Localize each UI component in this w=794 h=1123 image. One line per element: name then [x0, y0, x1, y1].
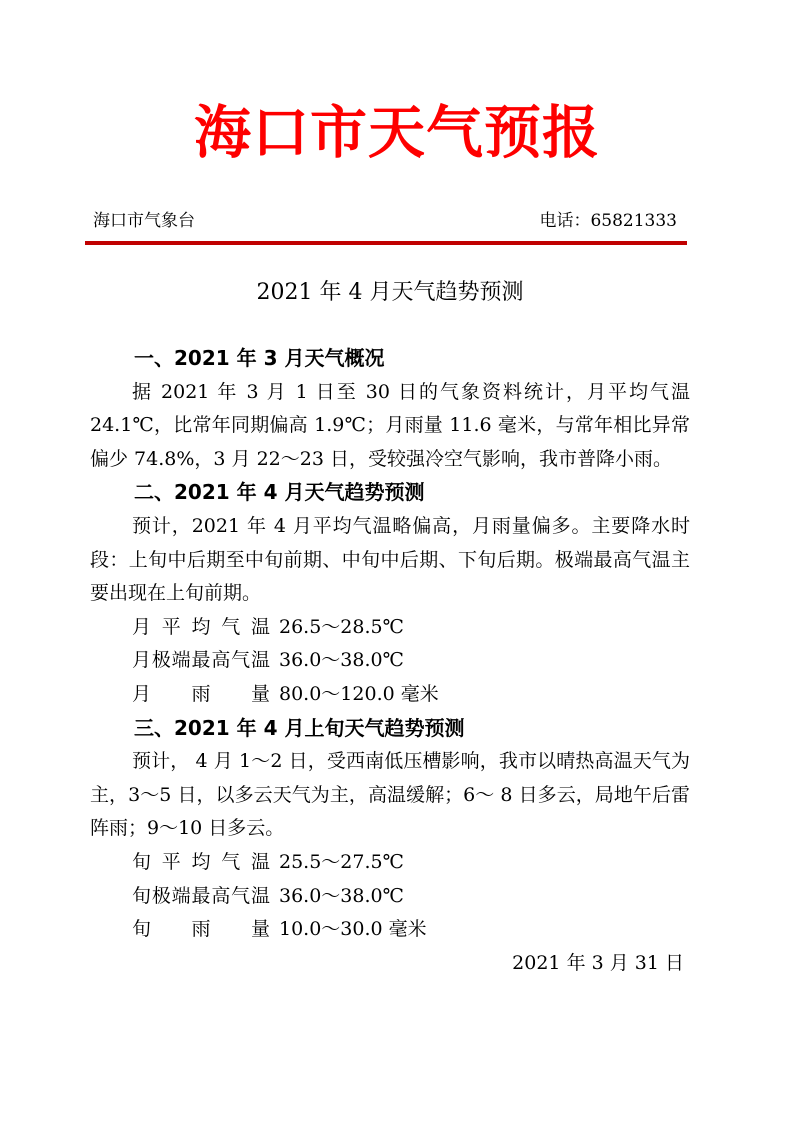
tenday-avg-temp-label: 旬平均气温 [132, 846, 270, 880]
month-rainfall-line: 月雨量80.0～120.0 毫米 [90, 678, 690, 712]
month-avg-temp-line: 月平均气温26.5～28.5℃ [90, 611, 690, 645]
tenday-extreme-temp-line: 旬极端最高气温36.0～38.0℃ [90, 880, 690, 914]
month-rainfall-label: 月雨量 [132, 678, 270, 712]
tenday-rainfall-line: 旬雨量10.0～30.0 毫米 [90, 913, 690, 947]
section-1-paragraph: 据 2021 年 3 月 1 日至 30 日的气象资料统计，月平均气温 24.1… [90, 376, 690, 477]
tenday-rainfall-label: 旬雨量 [132, 913, 270, 947]
tenday-extreme-temp-value: 36.0～38.0℃ [279, 885, 404, 907]
section-2-heading: 二、2021 年 4 月天气趋势预测 [90, 476, 690, 510]
issue-date: 2021 年 3 月 31 日 [90, 947, 690, 981]
month-avg-temp-label: 月平均气温 [132, 611, 270, 645]
month-rainfall-value: 80.0～120.0 毫米 [279, 683, 439, 705]
tenday-rainfall-value: 10.0～30.0 毫米 [279, 918, 427, 940]
section-3-heading: 三、2021 年 4 月上旬天气趋势预测 [90, 712, 690, 746]
phone-number: 电话：65821333 [539, 211, 677, 232]
month-extreme-temp-value: 36.0～38.0℃ [279, 649, 404, 671]
letterhead: 海口市气象台 电话：65821333 [90, 211, 690, 232]
section-2-paragraph: 预计，2021 年 4 月平均气温略偏高，月雨量偏多。主要降水时段：上旬中后期至… [90, 510, 690, 611]
month-extreme-temp-line: 月极端最高气温36.0～38.0℃ [90, 644, 690, 678]
document-body: 一、2021 年 3 月天气概况 据 2021 年 3 月 1 日至 30 日的… [90, 342, 690, 980]
tenday-extreme-temp-label: 旬极端最高气温 [132, 880, 270, 914]
document-page: 海口市天气预报 海口市气象台 电话：65821333 2021 年 4 月天气趋… [0, 0, 794, 1123]
doc-title: 2021 年 4 月天气趋势预测 [90, 279, 690, 306]
month-extreme-temp-label: 月极端最高气温 [132, 644, 270, 678]
main-title: 海口市天气预报 [0, 0, 794, 165]
month-avg-temp-value: 26.5～28.5℃ [279, 616, 404, 638]
tenday-avg-temp-value: 25.5～27.5℃ [279, 851, 404, 873]
header-rule [85, 241, 687, 245]
tenday-avg-temp-line: 旬平均气温25.5～27.5℃ [90, 846, 690, 880]
section-3-paragraph: 预计， 4 月 1～2 日，受西南低压槽影响，我市以晴热高温天气为主，3～5 日… [90, 745, 690, 846]
section-1-heading: 一、2021 年 3 月天气概况 [90, 342, 690, 376]
org-name: 海口市气象台 [93, 211, 195, 232]
